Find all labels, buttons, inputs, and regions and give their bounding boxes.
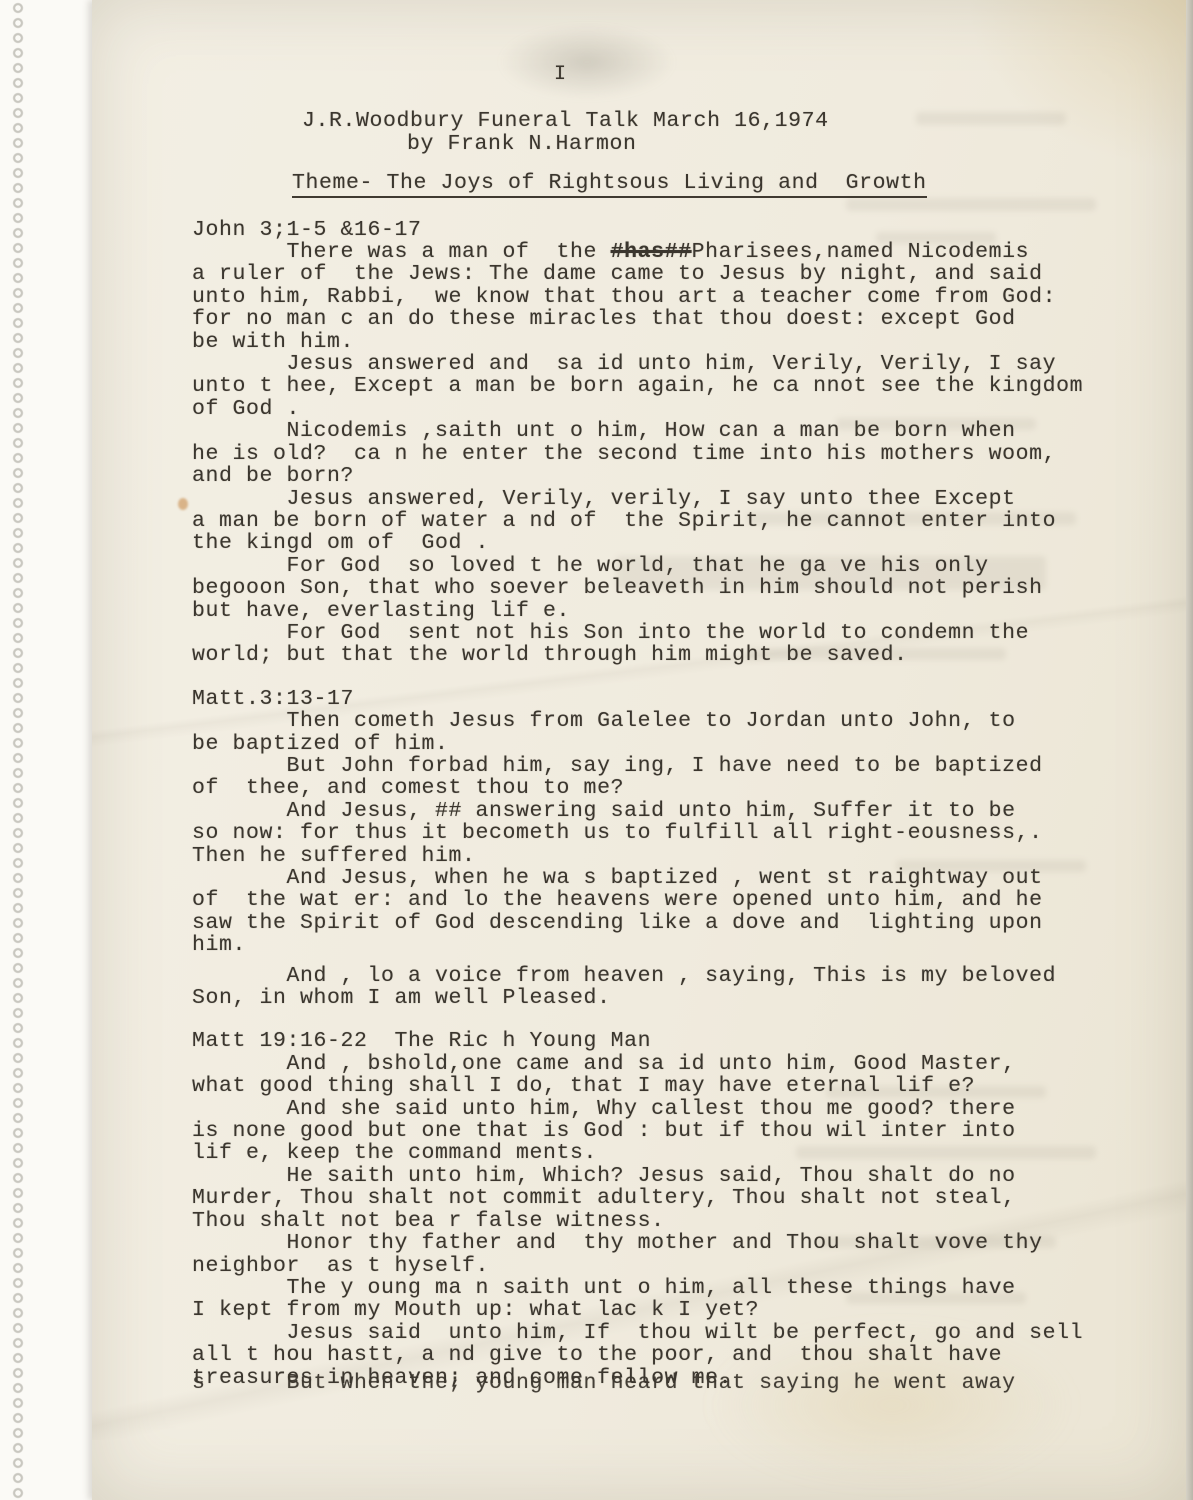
document-title: J.R.Woodbury Funeral Talk March 16,1974 bbox=[192, 110, 1186, 132]
typed-line: he is old? ca n he enter the second time… bbox=[192, 443, 1186, 465]
struck-out-text: #has## bbox=[611, 240, 692, 264]
typed-line: Jesus said unto him, If thou wilt be per… bbox=[192, 1322, 1186, 1344]
typed-line: Jesus answered and sa id unto him, Veril… bbox=[192, 353, 1186, 375]
typed-line: Thou shalt not bea r false witness. bbox=[192, 1210, 1186, 1232]
typed-line: Then cometh Jesus from Galelee to Jordan… bbox=[192, 710, 1186, 732]
typed-line: be with him. bbox=[192, 331, 1186, 353]
typed-line: so now: for thus it becometh us to fulfi… bbox=[192, 822, 1186, 844]
paper-sheet: I J.R.Woodbury Funeral Talk March 16,197… bbox=[92, 0, 1186, 1500]
typed-line: a man be born of water a nd of the Spiri… bbox=[192, 510, 1186, 532]
section-heading: John 3;1-5 &16-17 bbox=[192, 219, 1186, 241]
typed-line: him. bbox=[192, 934, 1186, 956]
typed-line: Then he suffered him. bbox=[192, 845, 1186, 867]
typed-line: a ruler of the Jews: The dame came to Je… bbox=[192, 263, 1186, 285]
scan-edge-shadow bbox=[1186, 0, 1193, 1500]
typed-line: saw the Spirit of God descending like a … bbox=[192, 912, 1186, 934]
typed-line: And Jesus, ## answering said unto him, S… bbox=[192, 800, 1186, 822]
typed-line: be baptized of him. bbox=[192, 733, 1186, 755]
document-author: by Frank N.Harmon bbox=[192, 133, 1186, 155]
typed-line: for no man c an do these miracles that t… bbox=[192, 308, 1186, 330]
typed-line: And she said unto him, Why callest thou … bbox=[192, 1098, 1186, 1120]
typed-line: s But when the; young man heard that say… bbox=[192, 1372, 1186, 1394]
typed-line: The y oung ma n saith unt o him, all the… bbox=[192, 1277, 1186, 1299]
typed-line: neighbor as t hyself. bbox=[192, 1255, 1186, 1277]
section-heading: Matt.3:13-17 bbox=[192, 688, 1186, 710]
typed-line: Murder, Thou shalt not commit adultery, … bbox=[192, 1187, 1186, 1209]
typed-line: all t hou hastt, a nd give to the poor, … bbox=[192, 1344, 1186, 1366]
typed-content: I J.R.Woodbury Funeral Talk March 16,197… bbox=[92, 0, 1186, 1394]
typed-line: and be born? bbox=[192, 465, 1186, 487]
typed-line: There was a man of the #has##Pharisees,n… bbox=[192, 241, 1186, 263]
typed-line: begooon Son, that who soever beleaveth i… bbox=[192, 577, 1186, 599]
typed-line: what good thing shall I do, that I may h… bbox=[192, 1075, 1186, 1097]
typed-line: Jesus answered, Verily, verily, I say un… bbox=[192, 488, 1186, 510]
typed-line: is none good but one that is God : but i… bbox=[192, 1120, 1186, 1142]
typed-line: of thee, and comest thou to me? bbox=[192, 777, 1186, 799]
scanned-page: I J.R.Woodbury Funeral Talk March 16,197… bbox=[0, 0, 1193, 1500]
theme-heading: Theme- The Joys of Rightsous Living and … bbox=[292, 172, 927, 197]
typed-line: of God . bbox=[192, 398, 1186, 420]
typed-line: of the wat er: and lo the heavens were o… bbox=[192, 889, 1186, 911]
theme-line: Theme- The Joys of Rightsous Living and … bbox=[192, 172, 1186, 197]
page-number: I bbox=[192, 64, 1186, 86]
typed-line: but have, everlasting lif e. bbox=[192, 600, 1186, 622]
typed-line: unto him, Rabbi, we know that thou art a… bbox=[192, 286, 1186, 308]
typed-line: He saith unto him, Which? Jesus said, Th… bbox=[192, 1165, 1186, 1187]
typed-line: Son, in whom I am well Pleased. bbox=[192, 987, 1186, 1009]
typed-line: Honor thy father and thy mother and Thou… bbox=[192, 1232, 1186, 1254]
typed-line: I kept from my Mouth up: what lac k I ye… bbox=[192, 1299, 1186, 1321]
typed-line: And Jesus, when he wa s baptized , went … bbox=[192, 867, 1186, 889]
typed-line: the kingd om of God . bbox=[192, 532, 1186, 554]
typed-line: But John forbad him, say ing, I have nee… bbox=[192, 755, 1186, 777]
section-heading: Matt 19:16-22 The Ric h Young Man bbox=[192, 1030, 1186, 1052]
typed-line: And , bshold,one came and sa id unto him… bbox=[192, 1053, 1186, 1075]
perforated-edge bbox=[4, 0, 34, 1500]
typed-line: lif e, keep the command ments. bbox=[192, 1142, 1186, 1164]
typed-line: And , lo a voice from heaven , saying, T… bbox=[192, 965, 1186, 987]
typed-line: world; but that the world through him mi… bbox=[192, 644, 1186, 666]
typed-line: unto t hee, Except a man be born again, … bbox=[192, 375, 1186, 397]
typed-line: Nicodemis ,saith unt o him, How can a ma… bbox=[192, 420, 1186, 442]
typed-line: For God sent not his Son into the world … bbox=[192, 622, 1186, 644]
document-body: John 3;1-5 &16-17 There was a man of the… bbox=[192, 219, 1186, 1395]
typed-line: For God so loved t he world, that he ga … bbox=[192, 555, 1186, 577]
